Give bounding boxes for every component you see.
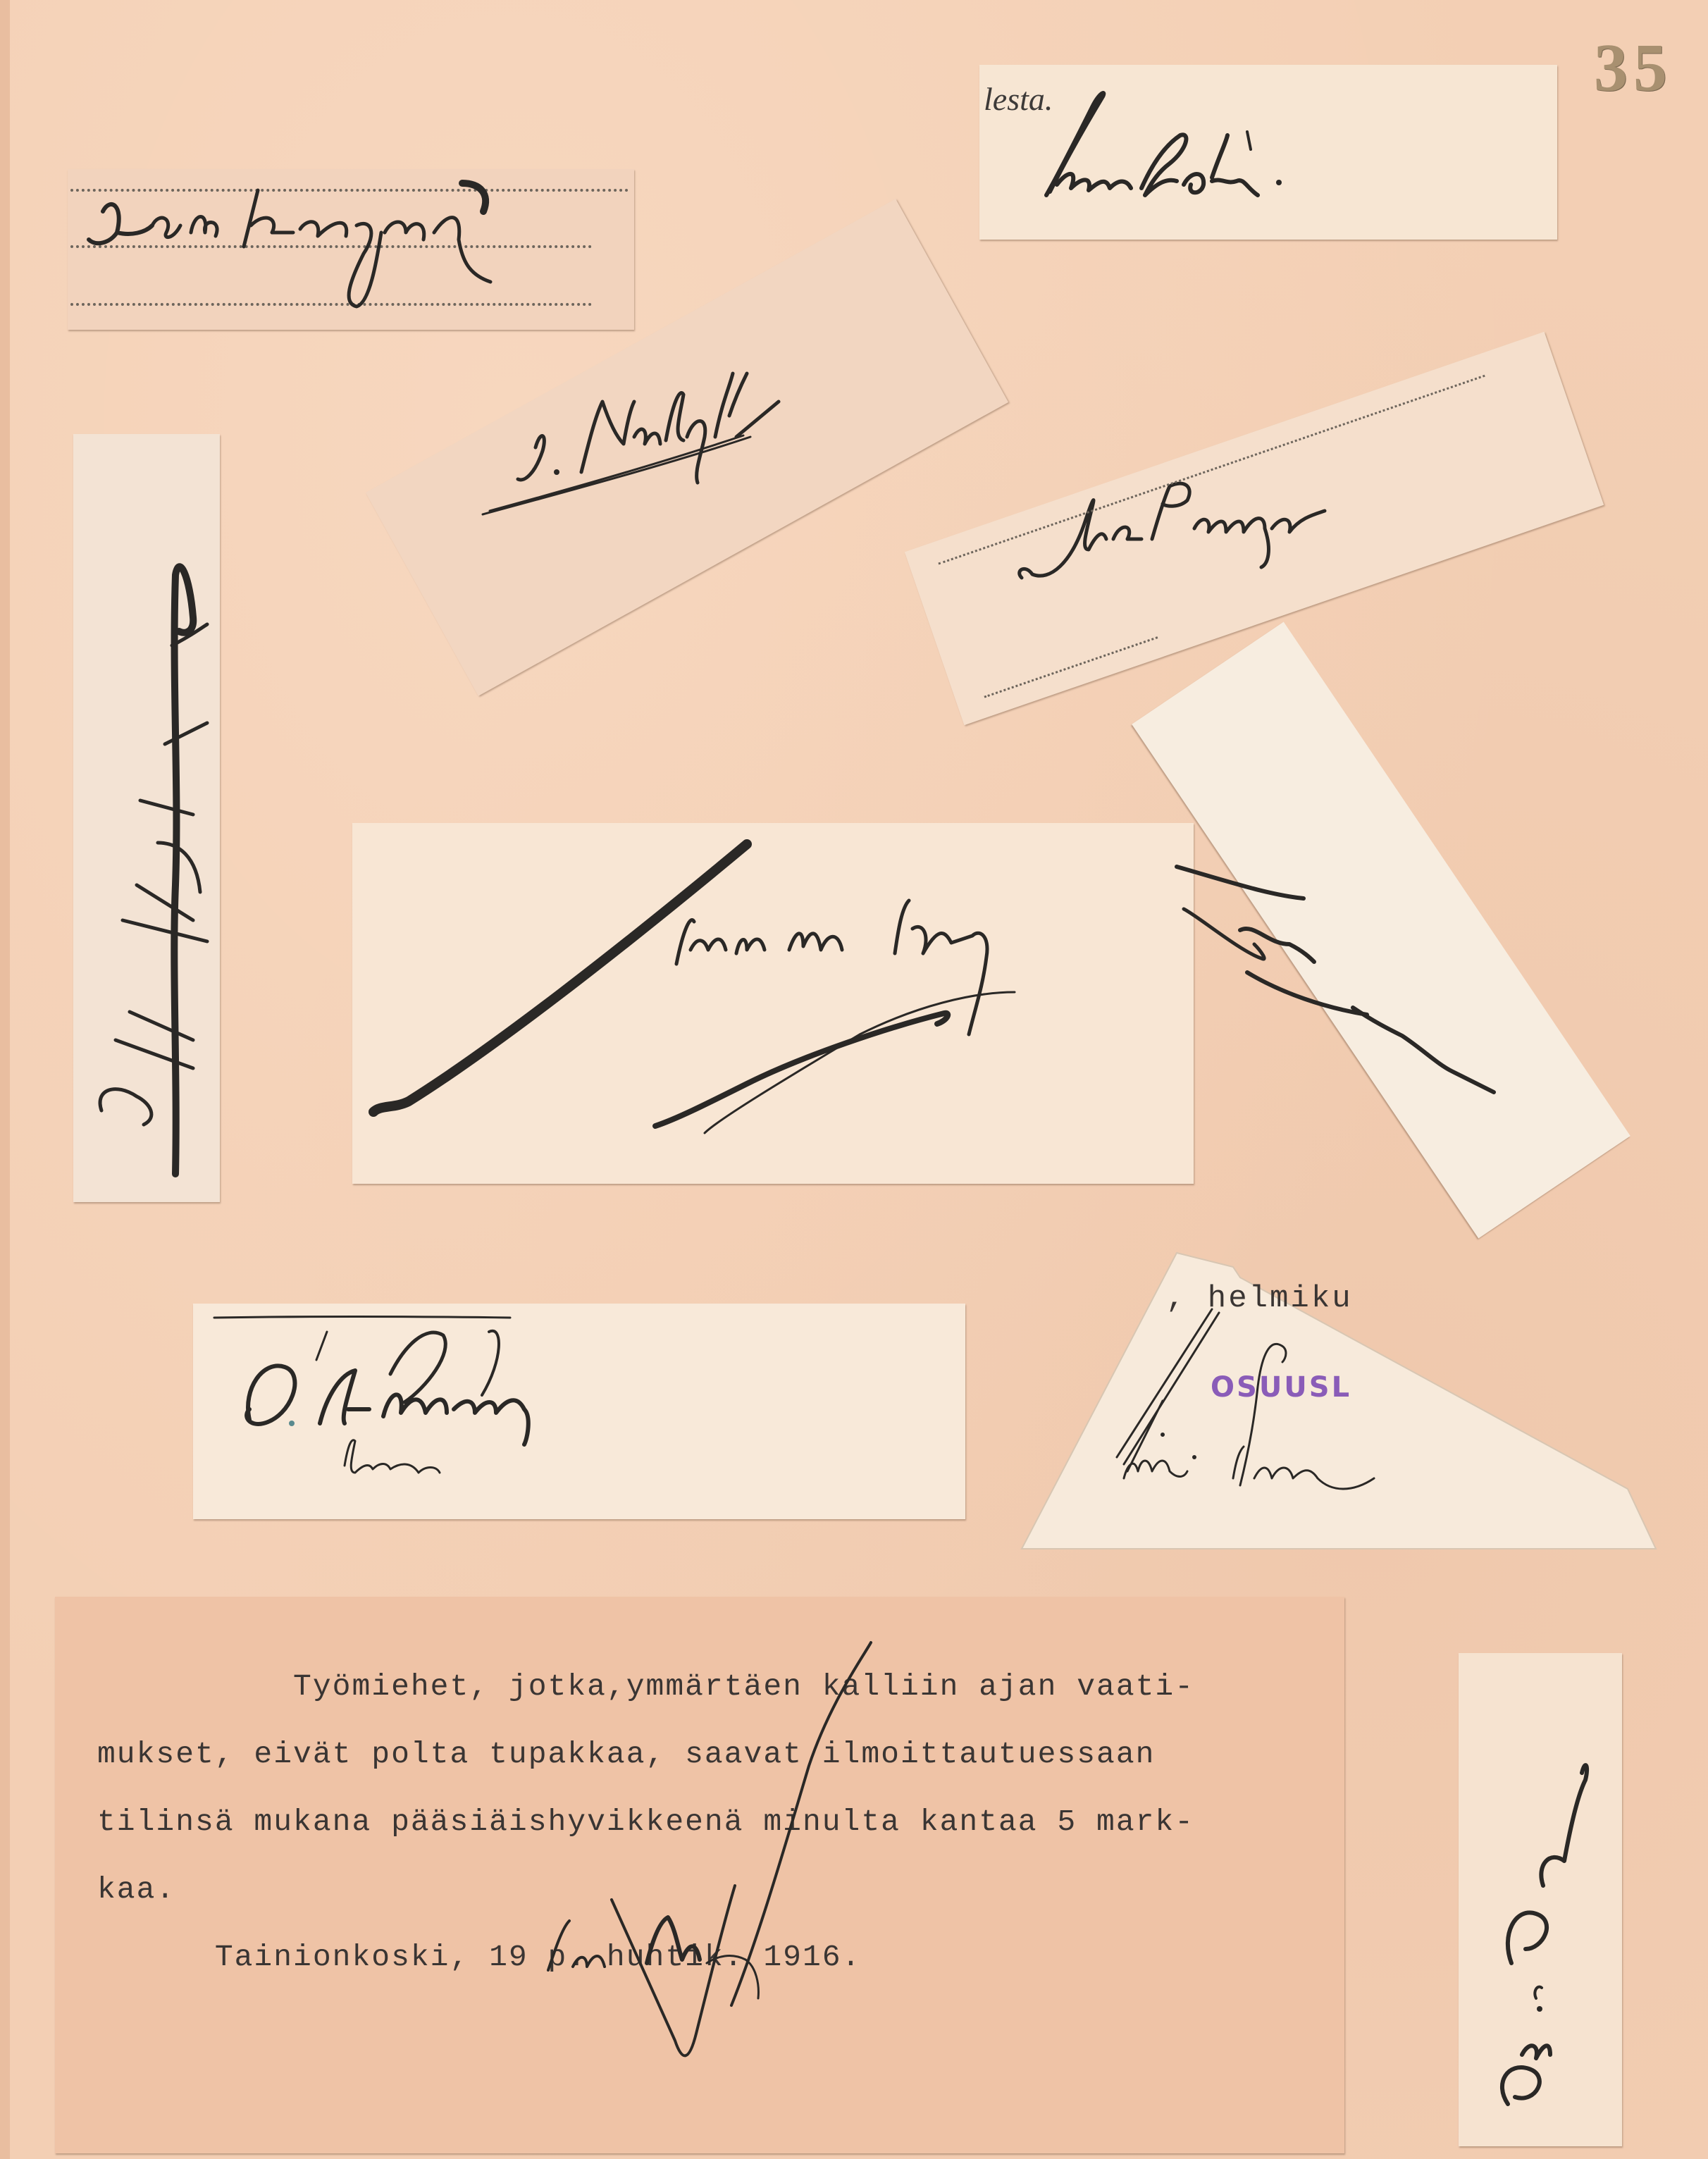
signature-slip-ow-louhivuori: O. W. Louhivuori Louhivuori xyxy=(193,1304,965,1519)
signature-slip-jenny: Jenny Seidenthal xyxy=(1132,622,1630,1239)
signature-slip-lars-krogius: Lars Krogius xyxy=(68,169,634,330)
signature-slip-fredrik-von-hertzen: Fredrik von Hertzen xyxy=(352,823,1194,1184)
typed-date-fragment: , helmiku xyxy=(1166,1281,1353,1316)
handwritten-signature xyxy=(352,823,1194,1184)
purple-stamp: OSUUSL xyxy=(1211,1371,1351,1404)
signature-slip-claes-v-collan: Claes v. Collan xyxy=(1459,1653,1622,2146)
handwritten-signature xyxy=(193,1304,965,1519)
signature-slip-vaino-tanner: , helmiku OSUUSL Väinö Tanner xyxy=(1022,1246,1663,1547)
page-number: 35 xyxy=(1594,28,1673,106)
handwritten-signature xyxy=(979,65,1557,240)
handwritten-signature xyxy=(68,169,634,330)
typed-notice-slip: Työmiehet, jotka,ymmärtäen kalliin ajan … xyxy=(55,1597,1344,2153)
handwritten-signature xyxy=(1459,1653,1622,2146)
handwritten-signature xyxy=(73,434,220,1202)
signature-slip-erik-hjelmman: Erik Hjelmman xyxy=(73,434,220,1202)
handwritten-signature xyxy=(1132,622,1630,1239)
page-edge xyxy=(0,0,10,2159)
handwritten-signature xyxy=(55,1597,1344,2153)
signature-slip-kaarlo-castren: lesta. Kaarlo Castrén xyxy=(979,65,1557,240)
